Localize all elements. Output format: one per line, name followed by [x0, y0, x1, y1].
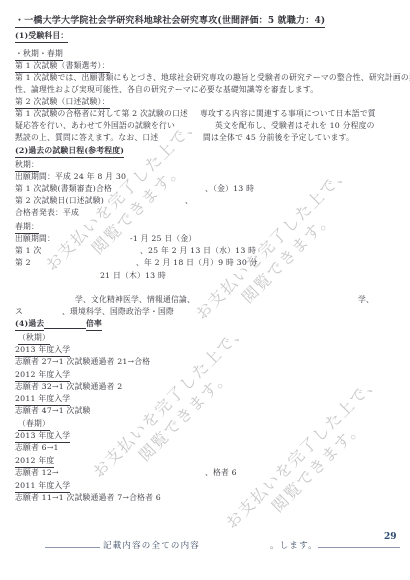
page-footer: 記載内容の全ての内容 。します。 29	[0, 0, 410, 580]
document-page: お支払いを完了した上で、閲覧できます。お支払いを完了した上で、閲覧できます。お支…	[0, 0, 410, 580]
footer-rule-right	[318, 547, 400, 548]
footer-rule-left	[45, 547, 100, 548]
footer-note-left: 記載内容の全ての内容	[103, 539, 200, 551]
page-number: 29	[384, 532, 397, 542]
footer-note-right: 。します。	[270, 539, 318, 551]
